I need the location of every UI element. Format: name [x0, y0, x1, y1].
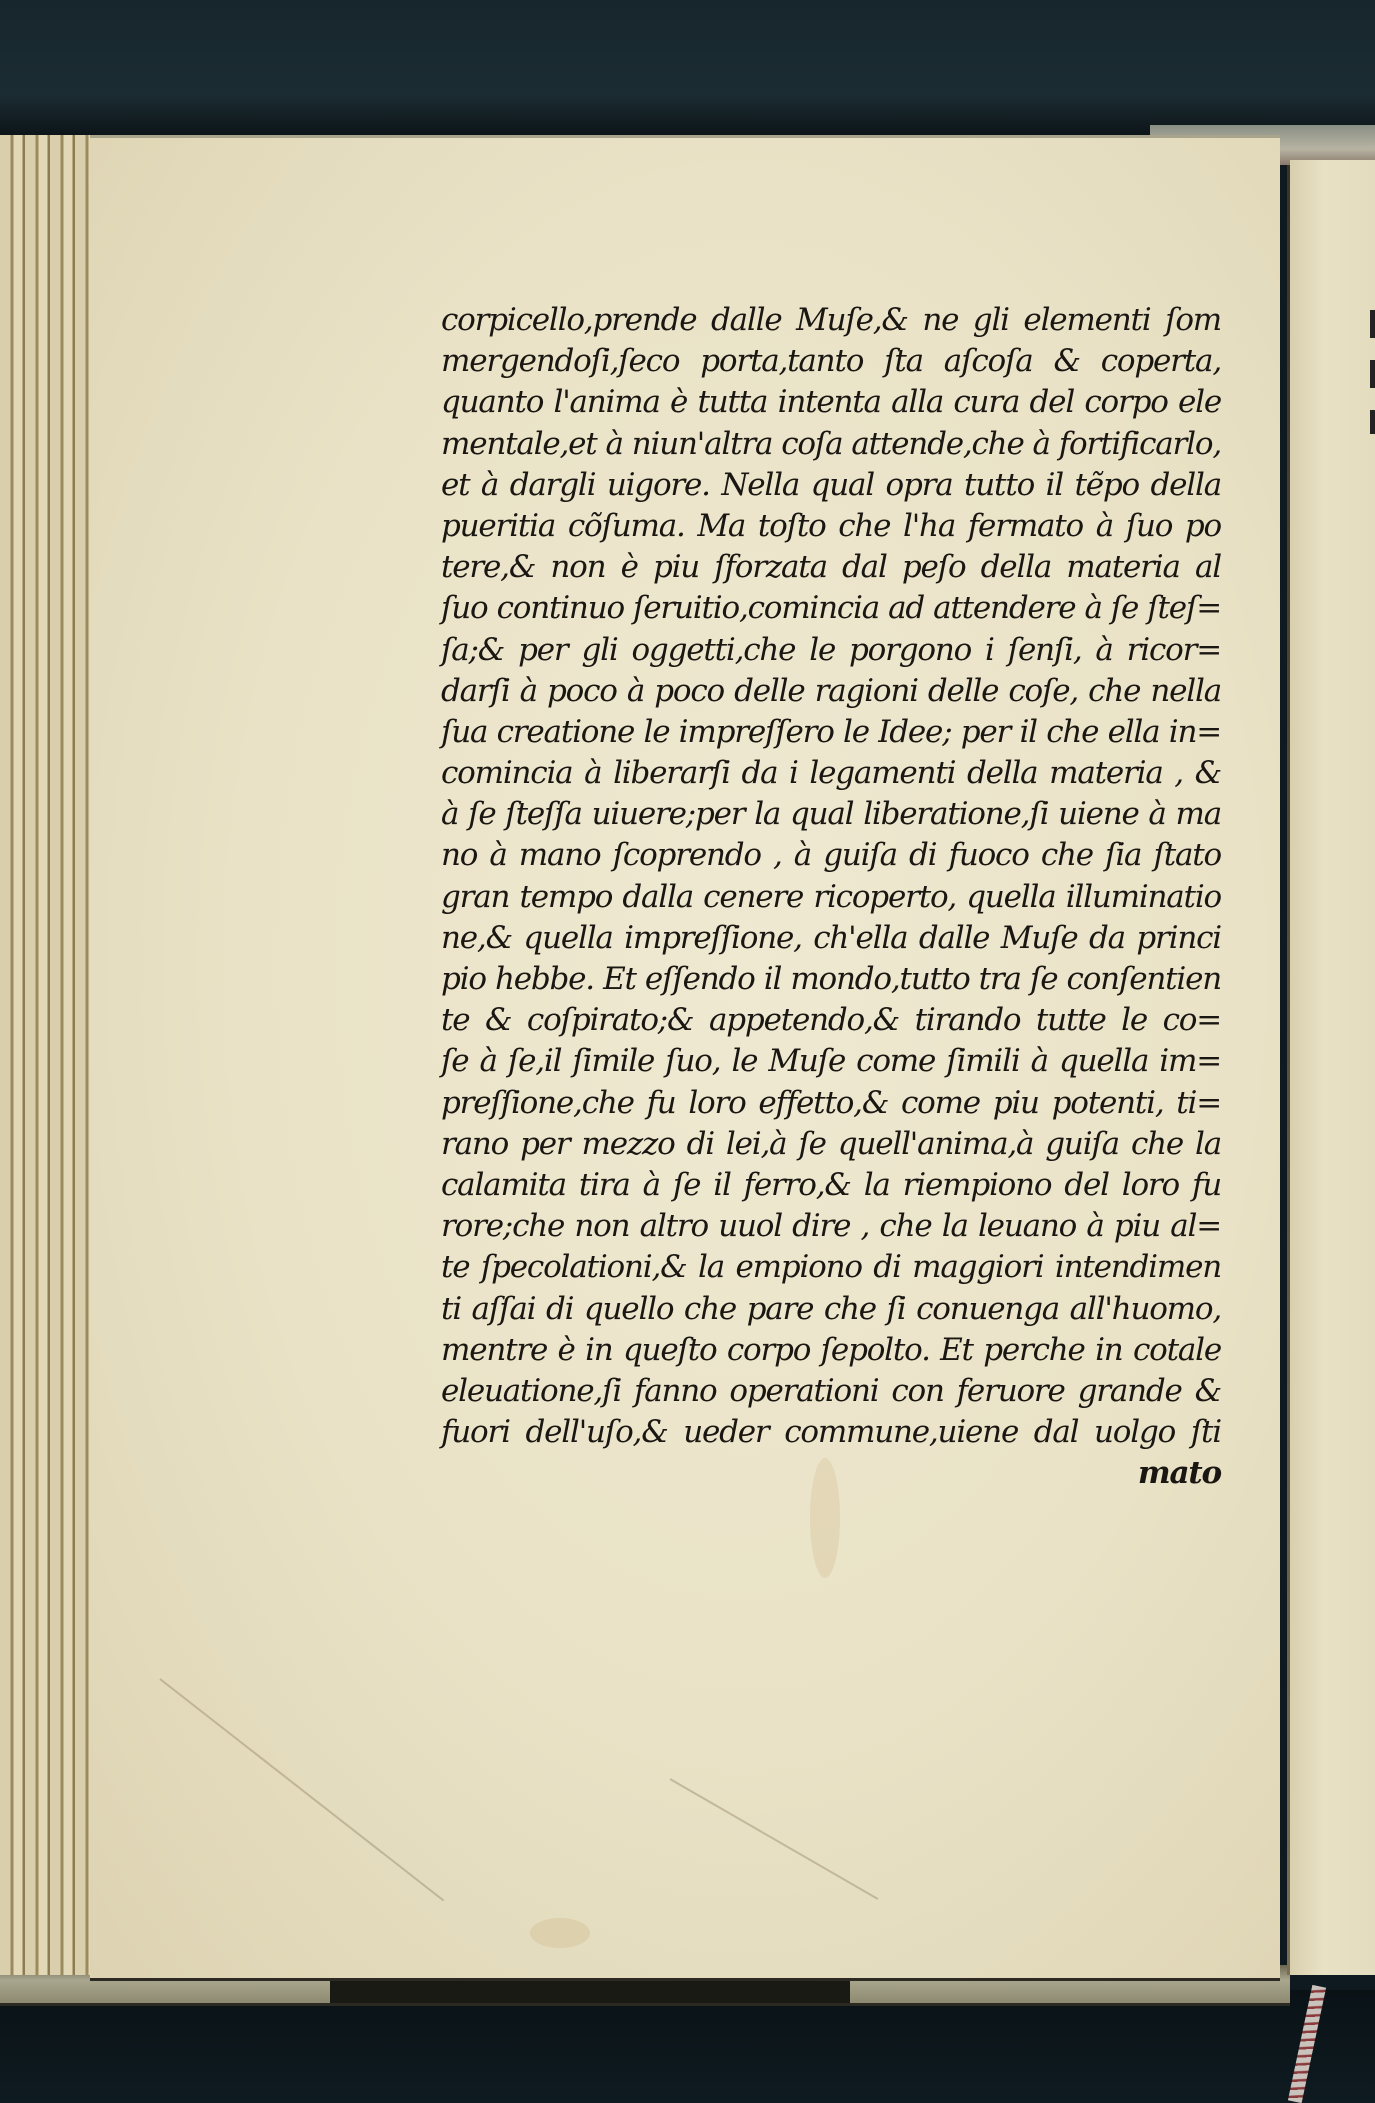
- facing-page-text-fragment: [1370, 360, 1375, 388]
- text-line: comincia à liberarſi da i legamenti dell…: [441, 753, 1221, 794]
- text-line: ſua creatione le impreſſero le Idee; per…: [441, 712, 1221, 753]
- foxing-stain: [530, 1918, 590, 1948]
- text-line: pio hebbe. Et eſſendo il mondo,tutto tra…: [441, 959, 1221, 1000]
- body-text: corpicello,prende dalle Muſe,& ne gli el…: [441, 300, 1221, 1494]
- text-line: eleuatione,ſi fanno operationi con feruo…: [441, 1371, 1221, 1412]
- text-line: ſuo continuo ſeruitio,comincia ad attend…: [441, 588, 1221, 629]
- paper-crease: [159, 1678, 444, 1901]
- text-line: no à mano ſcoprendo , à guiſa di fuoco c…: [441, 835, 1221, 876]
- text-line: ne,& quella impreſſione, ch'ella dalle M…: [441, 918, 1221, 959]
- binding-shadow: [330, 1979, 850, 2003]
- text-line: ti aſſai di quello che pare che ſi conue…: [441, 1289, 1221, 1330]
- text-line: rore;che non altro uuol dire , che la le…: [441, 1206, 1221, 1247]
- text-line: calamita tira à ſe il ferro,& la riempio…: [441, 1165, 1221, 1206]
- text-line: preſſione,che fu loro effetto,& come piu…: [441, 1083, 1221, 1124]
- text-line: gran tempo dalla cenere ricoperto, quell…: [441, 877, 1221, 918]
- text-line: ſa;& per gli oggetti,che le porgono i ſe…: [441, 630, 1221, 671]
- facing-page-edge: [1290, 160, 1375, 1975]
- text-line: et à dargli uigore. Nella qual opra tutt…: [441, 465, 1221, 506]
- dark-backdrop-bottom: [0, 1990, 1375, 2103]
- text-line: mentre è in queſto corpo ſepolto. Et per…: [441, 1330, 1221, 1371]
- text-line: te ſpecolationi,& la empiono di maggiori…: [441, 1247, 1221, 1288]
- text-line: darſi à poco à poco delle ragioni delle …: [441, 671, 1221, 712]
- catchword: mato: [441, 1453, 1221, 1494]
- text-line: corpicello,prende dalle Muſe,& ne gli el…: [441, 300, 1221, 341]
- text-line: mergendoſi,ſeco porta,tanto ſta aſcoſa &…: [441, 341, 1221, 382]
- dark-backdrop-top: [0, 0, 1375, 135]
- text-line: rano per mezzo di lei,à ſe quell'anima,à…: [441, 1124, 1221, 1165]
- text-line: fuori dell'uſo,& ueder commune,uiene dal…: [441, 1412, 1221, 1453]
- text-line: à ſe ſteſſa uiuere;per la qual liberatio…: [441, 794, 1221, 835]
- facing-page-text-fragment: [1370, 410, 1375, 434]
- text-line: tere,& non è piu ſforzata dal peſo della…: [441, 547, 1221, 588]
- paper-crease: [670, 1778, 879, 1900]
- text-line: mentale,et à niun'altra coſa attende,che…: [441, 424, 1221, 465]
- text-line: te & coſpirato;& appetendo,& tirando tut…: [441, 1000, 1221, 1041]
- text-line: ſe à ſe,il ſimile ſuo, le Muſe come ſimi…: [441, 1041, 1221, 1082]
- facing-page-text-fragment: [1370, 310, 1375, 338]
- text-line: pueritia cõſuma. Ma toſto che l'ha ferma…: [441, 506, 1221, 547]
- text-line: quanto l'anima è tutta intenta alla cura…: [441, 382, 1221, 423]
